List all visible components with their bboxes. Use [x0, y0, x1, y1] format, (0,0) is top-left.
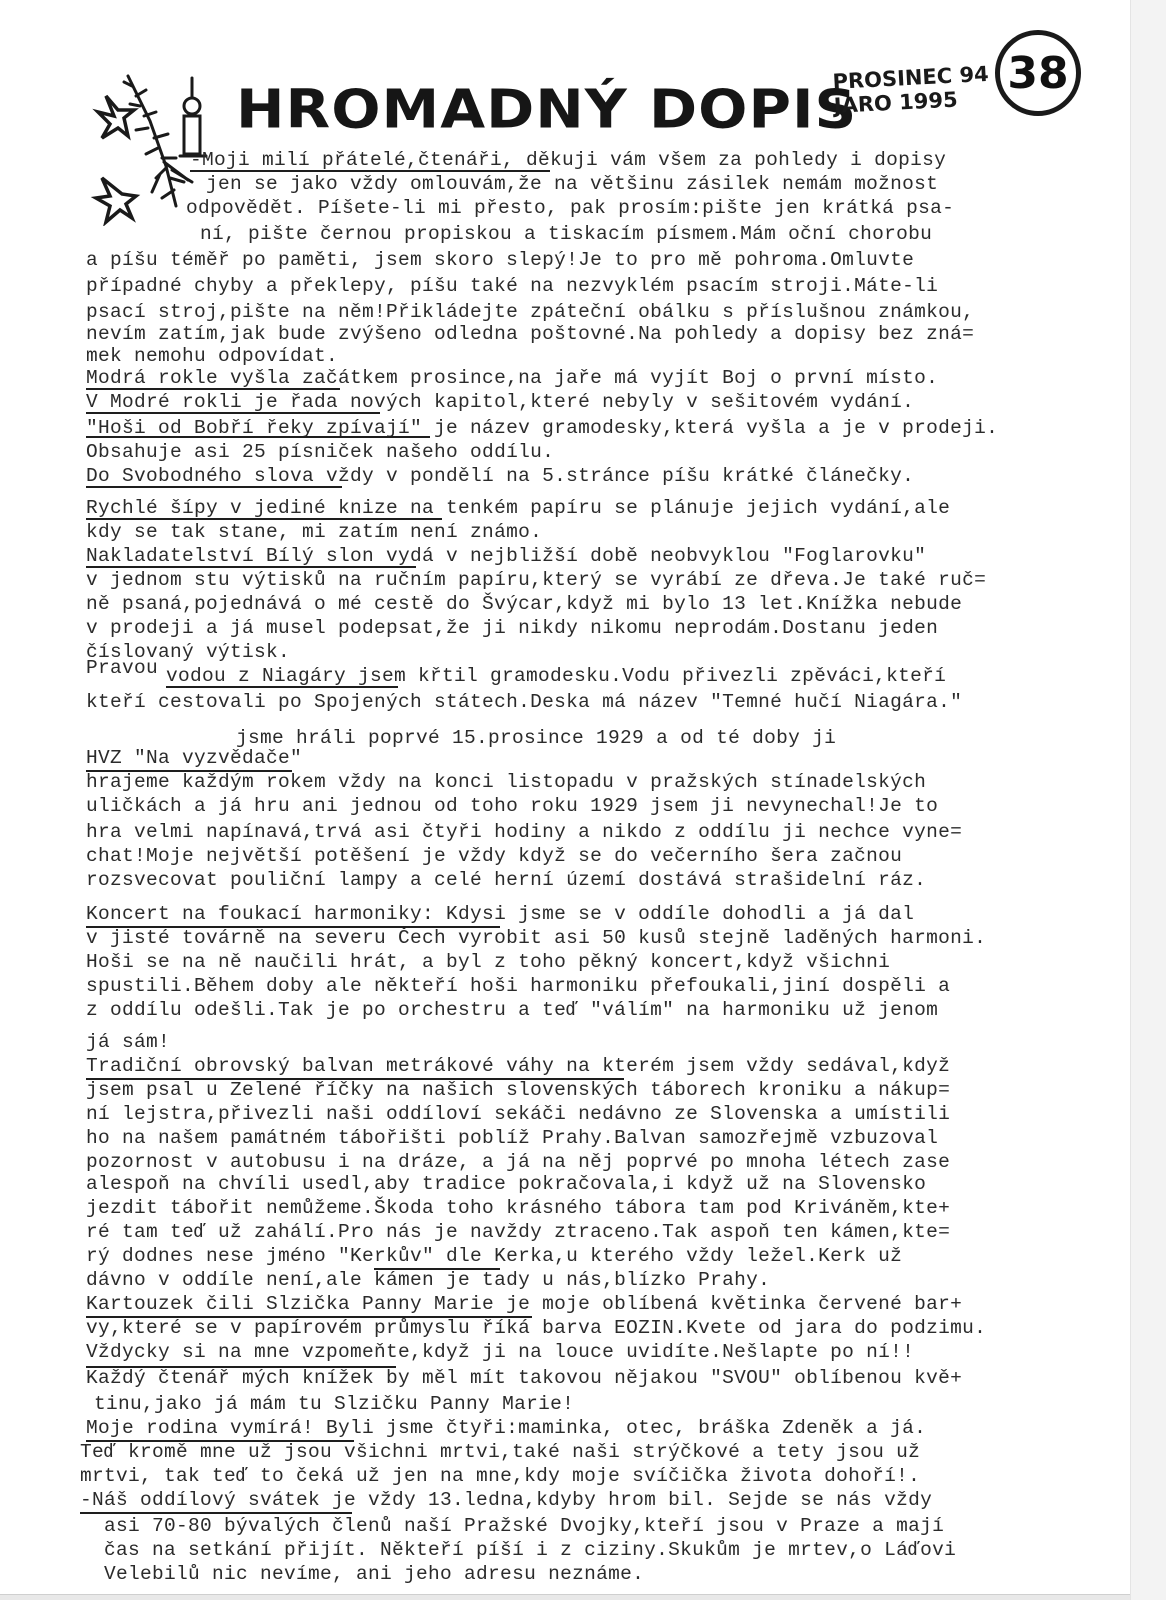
text-line: psací stroj,pište na něm!Přikládejte zpá…	[86, 300, 974, 324]
text-line: ně psaná,pojednává o mé cestě do Švýcar,…	[86, 592, 962, 616]
text-line: Kartouzek čili Slzička Panny Marie je mo…	[86, 1292, 962, 1316]
scan-edge-bottom	[0, 1594, 1130, 1600]
text-line: čas na setkání přijít. Někteří píší i z …	[104, 1538, 956, 1562]
text-line: ré tam teď už zahálí.Pro nás je navždy z…	[86, 1220, 950, 1244]
handdrawn-underline	[166, 686, 398, 688]
text-line: Obsahuje asi 25 písniček našeho oddílu.	[86, 440, 554, 464]
text-line: Hoši se na ně naučili hrát, a byl z toho…	[86, 950, 890, 974]
text-line: hra velmi napínavá,trvá asi čtyři hodiny…	[86, 820, 962, 844]
text-line: Modrá rokle vyšla začátkem prosince,na j…	[86, 366, 938, 390]
handdrawn-underline	[374, 1268, 500, 1270]
text-line: jen se jako vždy omlouvám,že na většinu …	[206, 172, 938, 196]
text-line: V Modré rokli je řada nových kapitol,kte…	[86, 390, 914, 414]
text-line: dávno v oddíle není,ale kámen je tady u …	[86, 1268, 770, 1292]
text-line: pozornost v autobusu i na dráze, a já na…	[86, 1150, 950, 1174]
handdrawn-underline	[86, 486, 342, 488]
text-line: kteří cestovali po Spojených státech.Des…	[86, 690, 962, 714]
text-line: z oddílu odešli.Tak je po orchestru a te…	[86, 998, 938, 1022]
text-line: vy,které se v papírovém průmyslu říká ba…	[86, 1316, 986, 1340]
text-line: já sám!	[86, 1030, 170, 1054]
text-line: uličkách a já hru ani jednou od toho rok…	[86, 794, 938, 818]
text-line: chat!Moje největší potěšení je vždy když…	[86, 844, 902, 868]
document-title: HROMADNÝ DOPIS	[236, 78, 857, 141]
text-line: rý dodnes nese jméno "Kerkův" dle Kerka,…	[86, 1244, 902, 1268]
handdrawn-underline	[86, 926, 500, 928]
text-line: mrtvi, tak teď to čeká už jen na mne,kdy…	[80, 1464, 920, 1488]
text-line: Moje rodina vymírá! Byli jsme čtyři:mami…	[86, 1416, 926, 1440]
text-line: Rychlé šípy v jediné knize na tenkém pap…	[86, 496, 950, 520]
text-line: Koncert na foukací harmoniky: Kdysi jsme…	[86, 902, 914, 926]
text-line: Tradiční obrovský balvan metrákové váhy …	[86, 1054, 950, 1078]
text-line: vodou z Niagáry jsem křtil gramodesku.Vo…	[166, 664, 946, 688]
text-line: ní, pište černou propiskou a tiskacím pí…	[200, 222, 932, 246]
text-line: kdy se tak stane, mi zatím není známo.	[86, 520, 542, 544]
handdrawn-underline	[86, 1316, 532, 1318]
text-line: případné chyby a překlepy, píšu také na …	[86, 274, 938, 298]
text-line: ho na našem památném tábořišti poblíž Pr…	[86, 1126, 938, 1150]
text-line: a píšu téměř po paměti, jsem skoro slepý…	[86, 248, 914, 272]
text-line: Pravou	[86, 656, 158, 680]
scan-edge-right	[1130, 0, 1166, 1600]
handdrawn-underline	[80, 1512, 352, 1514]
text-line: -Moji milí přátelé,čtenáři, děkuji vám v…	[190, 148, 946, 172]
text-line: Vždycky si na mne vzpomeňte,když ji na l…	[86, 1340, 914, 1364]
handdrawn-underline	[86, 770, 292, 772]
handdrawn-underline	[86, 566, 416, 568]
text-line: odpovědět. Píšete-li mi přesto, pak pros…	[186, 196, 954, 220]
handdrawn-underline	[86, 1078, 624, 1080]
text-line: tinu,jako já mám tu Slzičku Panny Marie!	[94, 1392, 574, 1416]
text-line: v jisté továrně na severu Čech vyrobit a…	[86, 926, 986, 950]
date-note: PROSINEC 94 JARO 1995	[832, 62, 991, 118]
text-line: Nakladatelství Bílý slon vydá v nejbližš…	[86, 544, 926, 568]
handdrawn-underline	[86, 388, 340, 390]
text-line: -Náš oddílový svátek je vždy 13.ledna,kd…	[80, 1488, 932, 1512]
handdrawn-underline	[190, 170, 550, 172]
text-line: jsem psal u Zelené říčky na našich slove…	[86, 1078, 950, 1102]
handdrawn-underline	[86, 1440, 354, 1442]
text-line: v prodeji a já musel podepsat,že ji nikd…	[86, 616, 938, 640]
text-line: HVZ "Na vyzvědače"	[86, 746, 302, 770]
handdrawn-underline	[86, 412, 380, 414]
text-line: nevím zatím,jak bude zvýšeno odledna poš…	[86, 322, 974, 346]
handdrawn-underline	[86, 518, 442, 520]
text-line: asi 70-80 bývalých členů naší Pražské Dv…	[104, 1514, 944, 1538]
text-line: ní lejstra,přivezli naši oddíloví sekáči…	[86, 1102, 950, 1126]
issue-number: 38	[1007, 48, 1068, 99]
text-line: jsme hráli poprvé 15.prosince 1929 a od …	[236, 726, 836, 750]
text-line: Velebilů nic nevíme, ani jeho adresu nez…	[104, 1562, 644, 1586]
text-line: hrajeme každým rokem vždy na konci listo…	[86, 770, 926, 794]
issue-number-badge: 38	[995, 30, 1081, 116]
text-line: Do Svobodného slova vždy v pondělí na 5.…	[86, 464, 914, 488]
text-line: spustili.Během doby ale někteří hoši har…	[86, 974, 950, 998]
text-line: rozsvecovat pouliční lampy a celé herní …	[86, 868, 926, 892]
text-line: alespoň na chvíli usedl,aby tradice pokr…	[86, 1172, 926, 1196]
text-line: v jednom stu výtisků na ručním papíru,kt…	[86, 568, 986, 592]
handdrawn-underline	[86, 436, 430, 438]
text-line: mek nemohu odpovídat.	[86, 344, 338, 368]
scanned-letter-page: HROMADNÝ DOPIS PROSINEC 94 JARO 1995 38 …	[0, 0, 1130, 1596]
text-line: Teď kromě mne už jsou všichni mrtvi,také…	[80, 1440, 920, 1464]
handdrawn-underline	[86, 1366, 396, 1368]
text-line: Každý čtenář mých knížek by měl mít tako…	[86, 1366, 962, 1390]
text-line: jezdit tábořit nemůžeme.Škoda toho krásn…	[86, 1196, 950, 1220]
